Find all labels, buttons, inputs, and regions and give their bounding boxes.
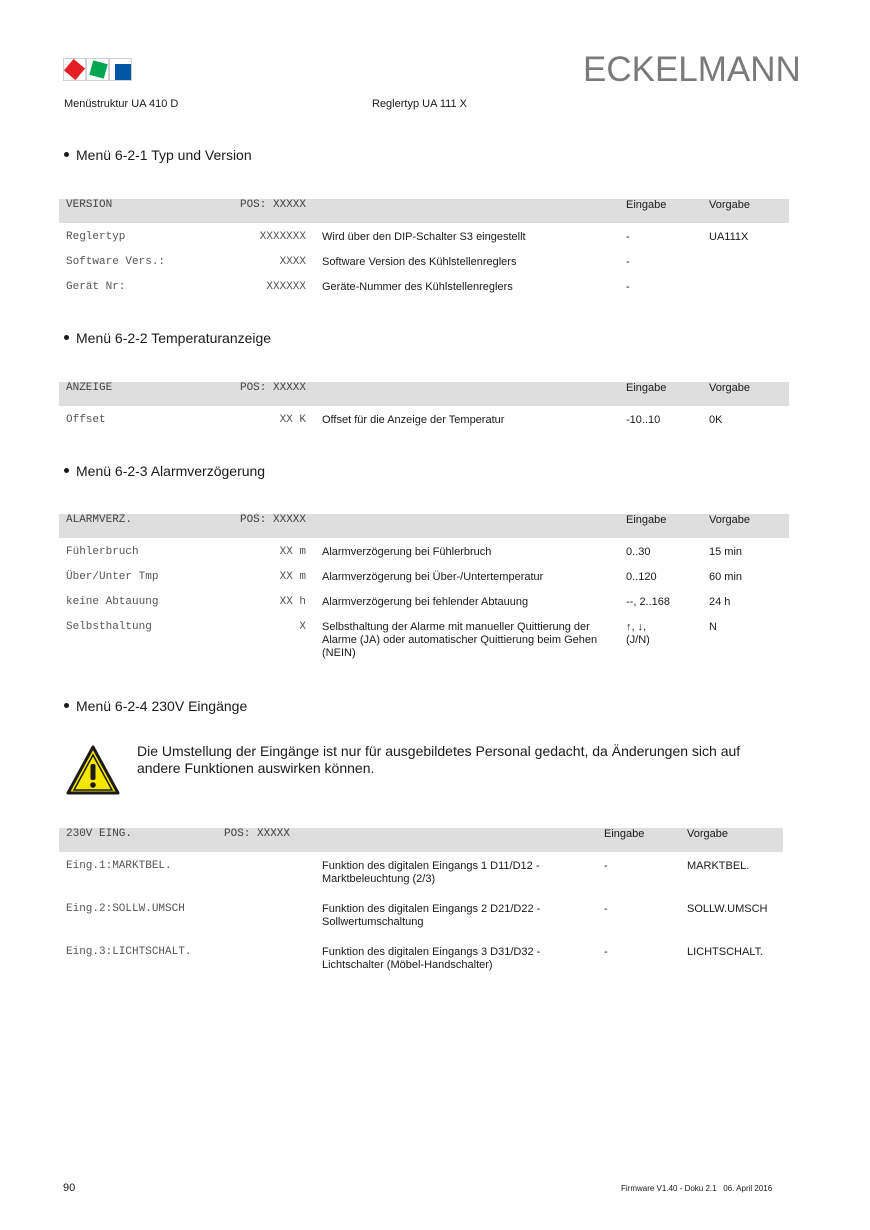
row-vorgabe: 60 min [709,563,789,588]
table-row: Über/Unter Tmp XX m Alarmverzögerung bei… [59,563,789,588]
header-eingabe: Eingabe [626,199,709,223]
table-row: Eing.3:LICHTSCHALT. Funktion des digital… [59,938,783,981]
bullet-icon [64,703,69,708]
table-header-row: 230V EING. POS: XXXXX Eingabe Vorgabe [59,828,783,852]
row-vorgabe: 15 min [709,538,789,563]
row-value: X [224,613,314,660]
row-vorgabe: UA111X [709,223,789,248]
row-desc: Wird über den DIP-Schalter S3 eingestell… [314,223,626,248]
row-value: XX m [224,538,314,563]
row-vorgabe [709,248,789,273]
row-name: Eing.3:LICHTSCHALT. [59,938,224,981]
row-value: XX m [224,563,314,588]
header-eingabe: Eingabe [604,828,687,852]
row-vorgabe: N [709,613,789,660]
header-vorgabe: Vorgabe [709,199,789,223]
header-eingabe: Eingabe [626,382,709,406]
table-header-row: ALARMVERZ. POS: XXXXX Eingabe Vorgabe [59,514,789,538]
row-value: XXXXXXX [224,223,314,248]
header-vorgabe: Vorgabe [709,382,789,406]
row-desc: Funktion des digitalen Eingangs 2 D21/D2… [314,895,604,938]
header-name: ANZEIGE [59,382,224,406]
header-eingabe: Eingabe [626,514,709,538]
row-eingabe: 0..120 [626,563,709,588]
bullet-icon [64,468,69,473]
header-pos: POS: XXXXX [224,199,314,223]
row-name: Eing.1:MARKTBEL. [59,852,224,895]
row-name: Reglertyp [59,223,224,248]
row-vorgabe: SOLLW.UMSCH [687,895,783,938]
header-pos: POS: XXXXX [224,828,314,852]
section-title: Menü 6-2-3 Alarmverzögerung [64,463,265,479]
table-row: Gerät Nr: XXXXXX Geräte-Nummer des Kühls… [59,273,789,298]
row-desc: Funktion des digitalen Eingangs 3 D31/D3… [314,938,604,981]
eckelmann-logo [63,58,135,82]
row-eingabe: --, 2..168 [626,588,709,613]
row-vorgabe: MARKTBEL. [687,852,783,895]
row-value: XXXXXX [224,273,314,298]
table-row: Eing.1:MARKTBEL. Funktion des digitalen … [59,852,783,895]
bullet-icon [64,335,69,340]
table-row: Offset XX K Offset für die Anzeige der T… [59,406,789,431]
header-document-title: Menüstruktur UA 410 D [64,98,178,110]
row-eingabe: - [604,938,687,981]
menu-table-230v-eing: 230V EING. POS: XXXXX Eingabe Vorgabe Ei… [59,828,783,981]
menu-table-alarmverz: ALARMVERZ. POS: XXXXX Eingabe Vorgabe Fü… [59,514,789,660]
header-name: ALARMVERZ. [59,514,224,538]
row-eingabe: - [626,223,709,248]
row-eingabe: - [626,273,709,298]
row-name: Über/Unter Tmp [59,563,224,588]
row-desc: Alarmverzögerung bei Fühlerbruch [314,538,626,563]
row-eingabe: - [604,852,687,895]
row-desc: Software Version des Kühlstellenreglers [314,248,626,273]
menu-table-version: VERSION POS: XXXXX Eingabe Vorgabe Regle… [59,199,789,298]
row-vorgabe [709,273,789,298]
row-name: Selbsthaltung [59,613,224,660]
row-eingabe: - [626,248,709,273]
section-title: Menü 6-2-2 Temperaturanzeige [64,330,271,346]
row-eingabe: - [604,895,687,938]
row-vorgabe: LICHTSCHALT. [687,938,783,981]
table-row: Reglertyp XXXXXXX Wird über den DIP-Scha… [59,223,789,248]
row-desc: Funktion des digitalen Eingangs 1 D11/D1… [314,852,604,895]
table-row: keine Abtauung XX h Alarmverzögerung bei… [59,588,789,613]
row-value [224,895,314,938]
row-value: XX h [224,588,314,613]
row-vorgabe: 0K [709,406,789,431]
footer-version-info: Firmware V1.40 - Doku 2.1 06. April 2016 [621,1184,772,1193]
row-name: Fühlerbruch [59,538,224,563]
row-eingabe: ↑, ↓, (J/N) [626,613,709,660]
row-value: XX K [224,406,314,431]
menu-table-anzeige: ANZEIGE POS: XXXXX Eingabe Vorgabe Offse… [59,382,789,431]
green-diamond-icon [86,58,109,81]
row-name: Eing.2:SOLLW.UMSCH [59,895,224,938]
header-controller-type: Reglertyp UA 111 X [372,98,467,110]
red-diamond-icon [63,58,86,81]
row-desc: Alarmverzögerung bei Über-/Untertemperat… [314,563,626,588]
row-vorgabe: 24 h [709,588,789,613]
row-desc: Selbsthaltung der Alarme mit manueller Q… [314,613,626,660]
table-header-row: VERSION POS: XXXXX Eingabe Vorgabe [59,199,789,223]
section-title: Menü 6-2-4 230V Eingänge [64,698,247,714]
row-name: Offset [59,406,224,431]
row-name: Software Vers.: [59,248,224,273]
header-name: VERSION [59,199,224,223]
table-row: Software Vers.: XXXX Software Version de… [59,248,789,273]
header-vorgabe: Vorgabe [687,828,783,852]
table-row: Fühlerbruch XX m Alarmverzögerung bei Fü… [59,538,789,563]
brand-name: ECKELMANN [583,50,801,90]
header-pos: POS: XXXXX [224,514,314,538]
table-row: Selbsthaltung X Selbsthaltung der Alarme… [59,613,789,660]
page-number: 90 [63,1182,75,1194]
row-name: keine Abtauung [59,588,224,613]
section-title: Menü 6-2-1 Typ und Version [64,147,252,163]
warning-text: Die Umstellung der Eingänge ist nur für … [137,743,787,777]
header-vorgabe: Vorgabe [709,514,789,538]
row-eingabe: 0..30 [626,538,709,563]
row-desc: Offset für die Anzeige der Temperatur [314,406,626,431]
header-pos: POS: XXXXX [224,382,314,406]
warning-icon [66,745,120,795]
table-row: Eing.2:SOLLW.UMSCH Funktion des digitale… [59,895,783,938]
header-name: 230V EING. [59,828,224,852]
table-header-row: ANZEIGE POS: XXXXX Eingabe Vorgabe [59,382,789,406]
blue-square-icon [109,58,132,81]
row-eingabe: -10..10 [626,406,709,431]
row-desc: Alarmverzögerung bei fehlender Abtauung [314,588,626,613]
row-desc: Geräte-Nummer des Kühlstellenreglers [314,273,626,298]
bullet-icon [64,152,69,157]
row-value: XXXX [224,248,314,273]
row-value [224,938,314,981]
row-value [224,852,314,895]
row-name: Gerät Nr: [59,273,224,298]
